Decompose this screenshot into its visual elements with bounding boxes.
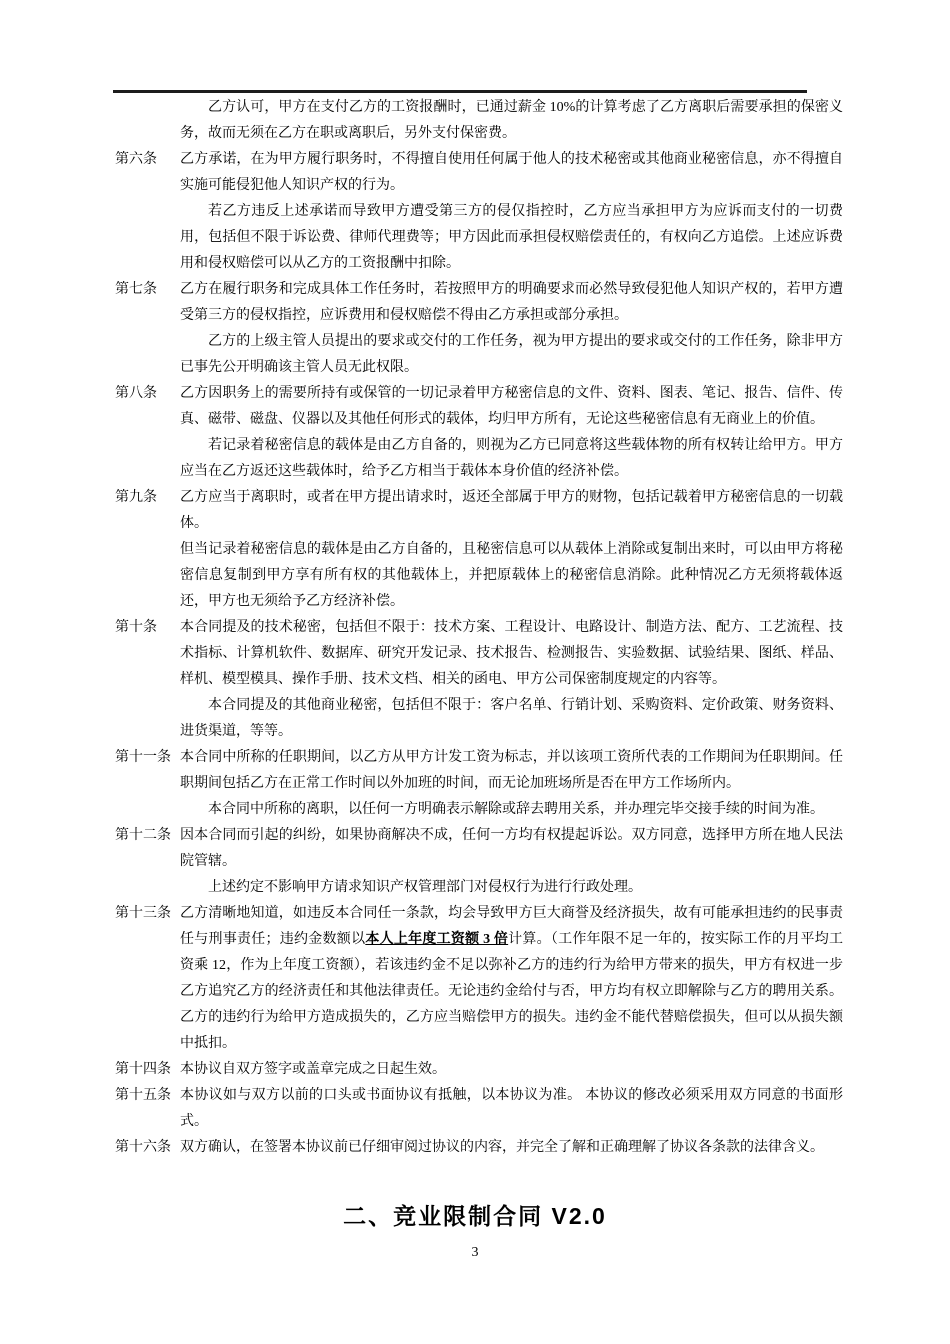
text-segment: 但当记录着秘密信息的载体是由乙方自备的，且秘密信息可以从载体上消除或复制出来时，… — [180, 542, 843, 609]
section-heading: 二、竞业限制合同 V2.0 — [0, 1198, 950, 1231]
text-segment: 乙方的上级主管人员提出的要求或交付的工作任务，视为甲方提出的要求或交付的工作任务… — [180, 334, 843, 375]
clause-label: 第十四条 — [115, 1057, 180, 1083]
clause-text: 本协议如与双方以前的口头或书面协议有抵触，以本协议为准。 本协议的修改必须采用双… — [180, 1083, 843, 1135]
clause-row: 第六条乙方承诺，在为甲方履行职务时，不得擅自使用任何属于他人的技术秘密或其他商业… — [115, 147, 843, 277]
text-segment: 乙方承诺，在为甲方履行职务时，不得擅自使用任何属于他人的技术秘密或其他商业秘密信… — [180, 152, 843, 193]
text-segment: 计算。（工作年限不足一年的，按实际工作的月平均工资乘 12，作为上年度工资额），… — [180, 932, 843, 1051]
clause-row: 第十一条本合同中所称的任职期间，以乙方从甲方计发工资为标志，并以该项工资所代表的… — [115, 745, 843, 823]
clause-label: 第十条 — [115, 615, 180, 641]
clause-text: 本合同中所称的任职期间，以乙方从甲方计发工资为标志，并以该项工资所代表的工作期间… — [180, 745, 843, 823]
clause-label: 第八条 — [115, 381, 180, 407]
clause-paragraph: 本协议如与双方以前的口头或书面协议有抵触，以本协议为准。 本协议的修改必须采用双… — [180, 1083, 843, 1135]
text-segment: 本合同中所称的任职期间，以乙方从甲方计发工资为标志，并以该项工资所代表的工作期间… — [180, 750, 843, 791]
document-page: 乙方认可，甲方在支付乙方的工资报酬时，已通过薪金 10%的计算考虑了乙方离职后需… — [0, 0, 950, 1344]
clause-paragraph: 本协议自双方签字或盖章完成之日起生效。 — [180, 1057, 843, 1083]
clause-text: 双方确认，在签署本协议前已仔细审阅过协议的内容，并完全了解和正确理解了协议各条款… — [180, 1135, 843, 1161]
clause-label: 第七条 — [115, 277, 180, 303]
clause-paragraph: 因本合同而引起的纠纷，如果协商解决不成，任何一方均有权提起诉讼。双方同意，选择甲… — [180, 823, 843, 875]
clause-paragraph: 乙方承诺，在为甲方履行职务时，不得擅自使用任何属于他人的技术秘密或其他商业秘密信… — [180, 147, 843, 199]
clause-label: 第十五条 — [115, 1083, 180, 1109]
text-segment: 乙方在履行职务和完成具体工作任务时，若按照甲方的明确要求而必然导致侵犯他人知识产… — [180, 282, 843, 323]
clause-paragraph: 乙方因职务上的需要所持有或保管的一切记录着甲方秘密信息的文件、资料、图表、笔记、… — [180, 381, 843, 433]
text-segment: 若记录着秘密信息的载体是由乙方自备的，则视为乙方已同意将这些载体物的所有权转让给… — [180, 438, 843, 479]
clause-row: 乙方认可，甲方在支付乙方的工资报酬时，已通过薪金 10%的计算考虑了乙方离职后需… — [115, 95, 843, 147]
clause-row: 第八条乙方因职务上的需要所持有或保管的一切记录着甲方秘密信息的文件、资料、图表、… — [115, 381, 843, 485]
contract-body: 乙方认可，甲方在支付乙方的工资报酬时，已通过薪金 10%的计算考虑了乙方离职后需… — [115, 95, 843, 1161]
clause-text: 本协议自双方签字或盖章完成之日起生效。 — [180, 1057, 843, 1083]
clause-paragraph: 乙方认可，甲方在支付乙方的工资报酬时，已通过薪金 10%的计算考虑了乙方离职后需… — [180, 95, 843, 147]
clause-label: 第十二条 — [115, 823, 180, 849]
clause-row: 第十二条因本合同而引起的纠纷，如果协商解决不成，任何一方均有权提起诉讼。双方同意… — [115, 823, 843, 901]
clause-paragraph: 本合同提及的其他商业秘密，包括但不限于：客户名单、行销计划、采购资料、定价政策、… — [180, 693, 843, 745]
clause-text: 乙方因职务上的需要所持有或保管的一切记录着甲方秘密信息的文件、资料、图表、笔记、… — [180, 381, 843, 485]
text-segment: 乙方认可，甲方在支付乙方的工资报酬时，已通过薪金 10%的计算考虑了乙方离职后需… — [180, 100, 843, 141]
text-segment: 乙方因职务上的需要所持有或保管的一切记录着甲方秘密信息的文件、资料、图表、笔记、… — [180, 386, 843, 427]
clause-paragraph: 本合同提及的技术秘密，包括但不限于：技术方案、工程设计、电路设计、制造方法、配方… — [180, 615, 843, 693]
text-segment: 本协议如与双方以前的口头或书面协议有抵触，以本协议为准。 本协议的修改必须采用双… — [180, 1088, 843, 1129]
text-segment: 双方确认，在签署本协议前已仔细审阅过协议的内容，并完全了解和正确理解了协议各条款… — [180, 1140, 824, 1155]
text-segment: 本合同提及的技术秘密，包括但不限于：技术方案、工程设计、电路设计、制造方法、配方… — [180, 620, 843, 687]
clause-label: 第十六条 — [115, 1135, 180, 1161]
clause-paragraph: 本合同中所称的任职期间，以乙方从甲方计发工资为标志，并以该项工资所代表的工作期间… — [180, 745, 843, 797]
clause-paragraph: 若记录着秘密信息的载体是由乙方自备的，则视为乙方已同意将这些载体物的所有权转让给… — [180, 433, 843, 485]
clause-text: 乙方在履行职务和完成具体工作任务时，若按照甲方的明确要求而必然导致侵犯他人知识产… — [180, 277, 843, 381]
clause-row: 第七条乙方在履行职务和完成具体工作任务时，若按照甲方的明确要求而必然导致侵犯他人… — [115, 277, 843, 381]
clause-row: 第十五条本协议如与双方以前的口头或书面协议有抵触，以本协议为准。 本协议的修改必… — [115, 1083, 843, 1135]
text-segment: 本协议自双方签字或盖章完成之日起生效。 — [180, 1062, 446, 1077]
clause-paragraph: 若乙方违反上述承诺而导致甲方遭受第三方的侵仅指控时，乙方应当承担甲方为应诉而支付… — [180, 199, 843, 277]
text-segment: 本合同中所称的离职，以任何一方明确表示解除或辞去聘用关系，并办理完毕交接手续的时… — [208, 802, 824, 817]
clause-paragraph: 乙方应当于离职时，或者在甲方提出请求时，返还全部属于甲方的财物，包括记载着甲方秘… — [180, 485, 843, 537]
clause-paragraph: 乙方的上级主管人员提出的要求或交付的工作任务，视为甲方提出的要求或交付的工作任务… — [180, 329, 843, 381]
clause-paragraph: 乙方在履行职务和完成具体工作任务时，若按照甲方的明确要求而必然导致侵犯他人知识产… — [180, 277, 843, 329]
clause-paragraph: 上述约定不影响甲方请求知识产权管理部门对侵权行为进行行政处理。 — [180, 875, 843, 901]
clause-paragraph: 但当记录着秘密信息的载体是由乙方自备的，且秘密信息可以从载体上消除或复制出来时，… — [180, 537, 843, 615]
clause-row: 第十四条本协议自双方签字或盖章完成之日起生效。 — [115, 1057, 843, 1083]
clause-text: 乙方清晰地知道，如违反本合同任一条款，均会导致甲方巨大商誉及经济损失，故有可能承… — [180, 901, 843, 1057]
clause-text: 乙方认可，甲方在支付乙方的工资报酬时，已通过薪金 10%的计算考虑了乙方离职后需… — [180, 95, 843, 147]
clause-label: 第十三条 — [115, 901, 180, 927]
clause-paragraph: 双方确认，在签署本协议前已仔细审阅过协议的内容，并完全了解和正确理解了协议各条款… — [180, 1135, 843, 1161]
clause-row: 第十条本合同提及的技术秘密，包括但不限于：技术方案、工程设计、电路设计、制造方法… — [115, 615, 843, 745]
page-number: 3 — [0, 1245, 950, 1261]
clause-text: 乙方承诺，在为甲方履行职务时，不得擅自使用任何属于他人的技术秘密或其他商业秘密信… — [180, 147, 843, 277]
text-segment: 乙方应当于离职时，或者在甲方提出请求时，返还全部属于甲方的财物，包括记载着甲方秘… — [180, 490, 843, 531]
clause-label: 第六条 — [115, 147, 180, 173]
clause-row: 第十六条双方确认，在签署本协议前已仔细审阅过协议的内容，并完全了解和正确理解了协… — [115, 1135, 843, 1161]
clause-text: 乙方应当于离职时，或者在甲方提出请求时，返还全部属于甲方的财物，包括记载着甲方秘… — [180, 485, 843, 615]
header-rule — [113, 90, 807, 93]
clause-text: 本合同提及的技术秘密，包括但不限于：技术方案、工程设计、电路设计、制造方法、配方… — [180, 615, 843, 745]
text-segment: 因本合同而引起的纠纷，如果协商解决不成，任何一方均有权提起诉讼。双方同意，选择甲… — [180, 828, 843, 869]
penalty-amount-emphasis: 本人上年度工资额 3 倍 — [365, 932, 508, 947]
text-segment: 本合同提及的其他商业秘密，包括但不限于：客户名单、行销计划、采购资料、定价政策、… — [180, 698, 843, 739]
clause-label: 第九条 — [115, 485, 180, 511]
clause-row: 第九条乙方应当于离职时，或者在甲方提出请求时，返还全部属于甲方的财物，包括记载着… — [115, 485, 843, 615]
clause-paragraph: 本合同中所称的离职，以任何一方明确表示解除或辞去聘用关系，并办理完毕交接手续的时… — [180, 797, 843, 823]
clause-row: 第十三条乙方清晰地知道，如违反本合同任一条款，均会导致甲方巨大商誉及经济损失，故… — [115, 901, 843, 1057]
clause-label: 第十一条 — [115, 745, 180, 771]
clause-paragraph: 乙方清晰地知道，如违反本合同任一条款，均会导致甲方巨大商誉及经济损失，故有可能承… — [180, 901, 843, 1057]
text-segment: 上述约定不影响甲方请求知识产权管理部门对侵权行为进行行政处理。 — [208, 880, 642, 895]
text-segment: 若乙方违反上述承诺而导致甲方遭受第三方的侵仅指控时，乙方应当承担甲方为应诉而支付… — [180, 204, 843, 271]
clause-text: 因本合同而引起的纠纷，如果协商解决不成，任何一方均有权提起诉讼。双方同意，选择甲… — [180, 823, 843, 901]
